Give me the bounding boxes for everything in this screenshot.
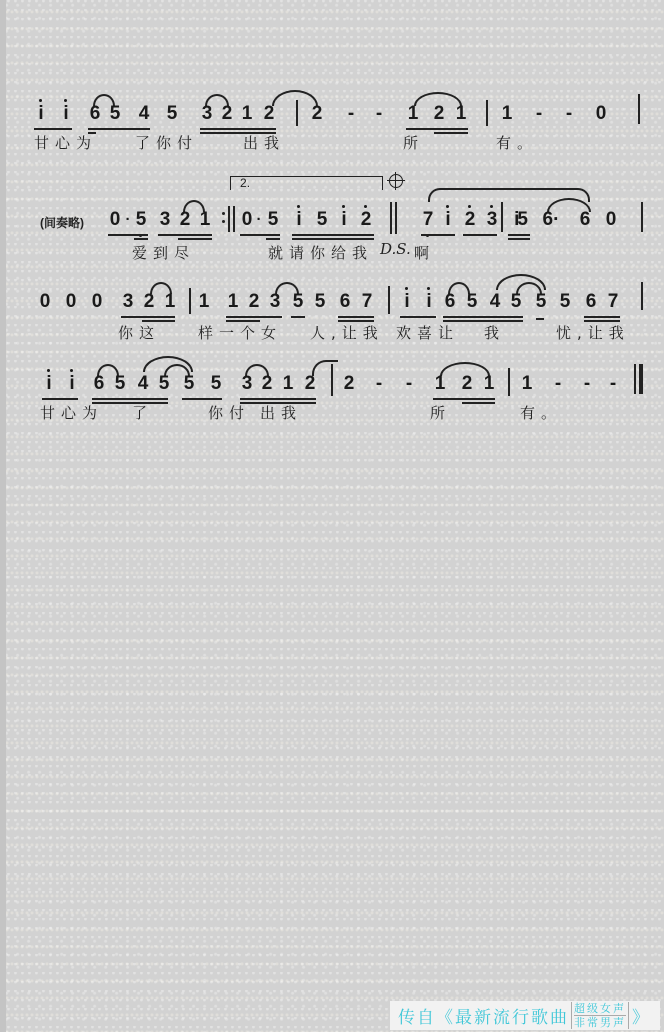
barline	[388, 286, 390, 314]
beam	[134, 238, 148, 240]
note: 2	[310, 104, 324, 124]
dot: ·	[121, 210, 135, 230]
note: 2	[303, 374, 317, 394]
note: -	[344, 104, 358, 124]
note: 5	[313, 292, 327, 312]
beam	[240, 398, 316, 400]
beam	[292, 238, 374, 240]
note: i	[441, 210, 455, 230]
beam	[92, 402, 168, 404]
note: 2	[260, 374, 274, 394]
note: 0	[604, 210, 618, 230]
barline	[189, 288, 191, 314]
beam	[421, 234, 455, 236]
lyric: 欢喜让	[396, 322, 459, 343]
note: 1	[281, 374, 295, 394]
beam	[433, 398, 495, 400]
barline	[641, 282, 643, 310]
note: 1	[500, 104, 514, 124]
note: -	[562, 104, 576, 124]
note: 5	[509, 292, 523, 312]
beam	[88, 128, 150, 130]
lyric: 所	[430, 402, 451, 423]
note: i	[400, 292, 414, 312]
note: 3	[200, 104, 214, 124]
beam	[121, 316, 175, 318]
note: 4	[137, 104, 151, 124]
barline	[638, 94, 640, 124]
beam	[266, 238, 280, 240]
beam	[584, 316, 620, 318]
note: i	[59, 104, 73, 124]
note: 1	[482, 374, 496, 394]
source-caption-lead: 传自《最新流行歌曲	[390, 1003, 569, 1028]
lyric: 出我	[243, 132, 285, 153]
lyric: 你付	[208, 402, 250, 423]
note: 5	[134, 210, 148, 230]
note: i5	[508, 210, 532, 230]
note: 5	[108, 104, 122, 124]
lyric: 啊	[414, 242, 435, 263]
lyric: 有。	[496, 132, 538, 153]
note: -	[551, 374, 565, 394]
barline	[233, 206, 235, 232]
barline	[486, 100, 488, 126]
barline	[641, 202, 643, 232]
note: 5	[465, 292, 479, 312]
barline	[508, 368, 510, 396]
note: -	[372, 374, 386, 394]
note: 3	[158, 210, 172, 230]
note: i	[42, 374, 56, 394]
note: 5	[291, 292, 305, 312]
beam	[178, 238, 212, 240]
note: 0	[38, 292, 52, 312]
note: 5	[165, 104, 179, 124]
note: i	[34, 104, 48, 124]
subtitle-top: 超级女声	[574, 1002, 626, 1016]
note: 1	[226, 292, 240, 312]
note: 3	[485, 210, 499, 230]
note: i	[65, 374, 79, 394]
note: 2	[178, 210, 192, 230]
lyric: 就请你给我	[268, 242, 373, 263]
note: i	[422, 292, 436, 312]
beam	[338, 316, 374, 318]
note: 1	[520, 374, 534, 394]
beam	[108, 234, 148, 236]
beam	[400, 316, 436, 318]
source-caption: 传自《最新流行歌曲 超级女声 非常男声 》	[390, 1001, 660, 1030]
lyric: 甘心为	[40, 402, 103, 423]
beam	[182, 398, 222, 400]
volta-label: 2.	[240, 176, 250, 190]
ds-marking: D.S.	[380, 240, 411, 258]
note: 1	[163, 292, 177, 312]
beam	[34, 128, 72, 130]
beam	[92, 398, 168, 400]
note: 2	[432, 104, 446, 124]
beam	[200, 128, 276, 130]
lyric: 了你付	[135, 132, 198, 153]
beam	[536, 318, 544, 320]
note: 2	[359, 210, 373, 230]
note: 1	[240, 104, 254, 124]
note: 3	[268, 292, 282, 312]
note: 6	[88, 104, 102, 124]
dot: ·	[252, 210, 266, 230]
note: 2	[247, 292, 261, 312]
volta-bracket	[382, 176, 383, 190]
beam	[240, 234, 280, 236]
lyric: 你这	[118, 322, 160, 343]
note: 0	[108, 210, 122, 230]
sheet-music-page: i i 6 5 4 5 3 2 1 2 2 - - 1 2 1 1 - - 0 …	[0, 0, 664, 1032]
note: 5	[315, 210, 329, 230]
note: 4	[136, 374, 150, 394]
note: 7	[421, 210, 435, 230]
lyric: 人,让我	[310, 322, 384, 343]
volta-bracket	[230, 176, 382, 177]
beam	[226, 316, 282, 318]
final-barline	[639, 364, 643, 394]
note: 5	[558, 292, 572, 312]
lyric: 忧,让我	[556, 322, 630, 343]
lyric: 样一个女	[198, 322, 282, 343]
note: 2	[342, 374, 356, 394]
note: 2	[142, 292, 156, 312]
barline	[296, 100, 298, 126]
note: 6	[338, 292, 352, 312]
note: i	[292, 210, 306, 230]
lyric: 所	[403, 132, 424, 153]
interlude-note: (间奏略)	[40, 214, 84, 231]
beam	[406, 128, 468, 130]
beam	[291, 316, 305, 318]
coda-icon	[389, 174, 403, 188]
note: 6	[584, 292, 598, 312]
note: 1	[406, 104, 420, 124]
note: 6	[92, 374, 106, 394]
note: 1	[454, 104, 468, 124]
final-barline	[634, 364, 636, 394]
barline	[395, 202, 397, 234]
note: 2	[463, 210, 477, 230]
repeat-sign	[222, 208, 225, 226]
lyric: 了	[132, 402, 153, 423]
note: 2	[220, 104, 234, 124]
note: -	[372, 104, 386, 124]
note: 1	[433, 374, 447, 394]
beam	[508, 234, 530, 236]
beam	[158, 234, 212, 236]
beam	[463, 234, 497, 236]
lyric: 我	[484, 322, 505, 343]
note: 7	[606, 292, 620, 312]
note: 6	[578, 210, 592, 230]
note: 5	[534, 292, 548, 312]
note: -	[606, 374, 620, 394]
note: 5	[266, 210, 280, 230]
source-caption-close: 》	[629, 1003, 649, 1028]
note: -	[580, 374, 594, 394]
beam	[443, 316, 523, 318]
note: 7	[360, 292, 374, 312]
note: 1	[197, 292, 211, 312]
note: 6	[443, 292, 457, 312]
beam	[42, 398, 78, 400]
tie	[312, 360, 338, 376]
volta-bracket	[230, 176, 231, 190]
note: 2	[262, 104, 276, 124]
lyric: 出我	[260, 402, 302, 423]
note: -	[402, 374, 416, 394]
note: 1	[198, 210, 212, 230]
note: -	[532, 104, 546, 124]
note: 5	[209, 374, 223, 394]
source-caption-subtitle: 超级女声 非常男声	[571, 1002, 629, 1029]
barline	[501, 202, 503, 232]
note: 3	[240, 374, 254, 394]
note: 6·	[540, 210, 562, 230]
lyric: 爱到尽	[132, 242, 195, 263]
note: 3	[121, 292, 135, 312]
beam	[508, 238, 530, 240]
note: 0	[90, 292, 104, 312]
lyric: 有。	[520, 402, 562, 423]
note: 2	[460, 374, 474, 394]
scan-edge	[0, 0, 6, 1032]
barline	[390, 202, 392, 234]
barline	[331, 364, 333, 396]
lyric: 甘心为	[34, 132, 97, 153]
barline	[228, 206, 230, 232]
beam	[292, 234, 374, 236]
beam	[462, 402, 495, 404]
note: i	[337, 210, 351, 230]
note: 4	[488, 292, 502, 312]
note: 0	[594, 104, 608, 124]
note: 5	[182, 374, 196, 394]
note: 0	[64, 292, 78, 312]
subtitle-bottom: 非常男声	[574, 1016, 626, 1029]
note: 5	[113, 374, 127, 394]
beam	[434, 132, 468, 134]
note: 5	[157, 374, 171, 394]
